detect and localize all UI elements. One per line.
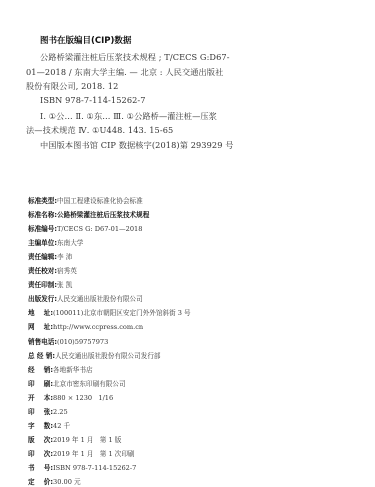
colophon-row: 责任印制:张 凯 [28, 279, 72, 289]
colophon-row: 责任校对:宿秀英 [28, 265, 77, 275]
cip-classification-2: 法—技术规范 Ⅳ. ①U448. 143. 15-65 [26, 125, 173, 136]
colophon-row: 开 本:880 × 1230 1/16 [28, 392, 113, 402]
colophon-row: 标准编号:T/CECS G: D67-01—2018 [28, 223, 142, 233]
colophon-row: 经 销:各地新华书店 [28, 364, 93, 374]
colophon-row: 书 号:ISBN 978-7-114-15262-7 [28, 462, 136, 472]
colophon-row: 责任编辑:李 沛 [28, 251, 72, 261]
cip-line-2: 01—2018 / 东南大学主编. — 北京 : 人民交通出版社 [26, 67, 223, 78]
colophon-row: 出版发行:人民交通出版社股份有限公司 [28, 293, 143, 303]
cip-line-1: 公路桥梁灌注桩后压浆技术规程 ; T/CECS G:D67- [40, 52, 230, 63]
cip-isbn: ISBN 978-7-114-15262-7 [40, 95, 146, 105]
cip-line-3: 股份有限公司, 2018. 12 [26, 81, 118, 92]
colophon-row: 销售电话:(010)59757973 [28, 336, 108, 346]
cip-heading: 图书在版编目(CIP)数据 [40, 34, 131, 46]
colophon-row: 字 数:42 千 [28, 420, 70, 430]
colophon-row: 版 次:2019 年 1 月 第 1 版 [28, 434, 121, 444]
colophon-row: 网 址:http://www.ccpress.com.cn [28, 321, 143, 331]
colophon-row: 地 址:(100011)北京市朝阳区安定门外外馆斜街 3 号 [28, 307, 191, 317]
colophon-row: 主编单位:东南大学 [28, 237, 83, 247]
colophon-row: 标准类型:中国工程建设标准化协会标准 [28, 195, 143, 205]
colophon-row: 定 价:30.00 元 [28, 476, 81, 486]
cip-classification-1: Ⅰ. ①公… Ⅱ. ①东… Ⅲ. ①公路桥—灌注桩—压浆 [40, 111, 217, 122]
colophon-row: 标准名称:公路桥梁灌注桩后压浆技术规程 [28, 209, 149, 219]
colophon-row: 印 刷:北京市密东印刷有限公司 [28, 378, 126, 388]
colophon-row: 印 次:2019 年 1 月 第 1 次印刷 [28, 448, 135, 458]
colophon-row: 总 经 销:人民交通出版社股份有限公司发行部 [28, 350, 161, 360]
cip-record-number: 中国版本图书馆 CIP 数据核字(2018)第 293929 号 [40, 140, 234, 151]
colophon-row: 印 张:2.25 [28, 406, 68, 416]
